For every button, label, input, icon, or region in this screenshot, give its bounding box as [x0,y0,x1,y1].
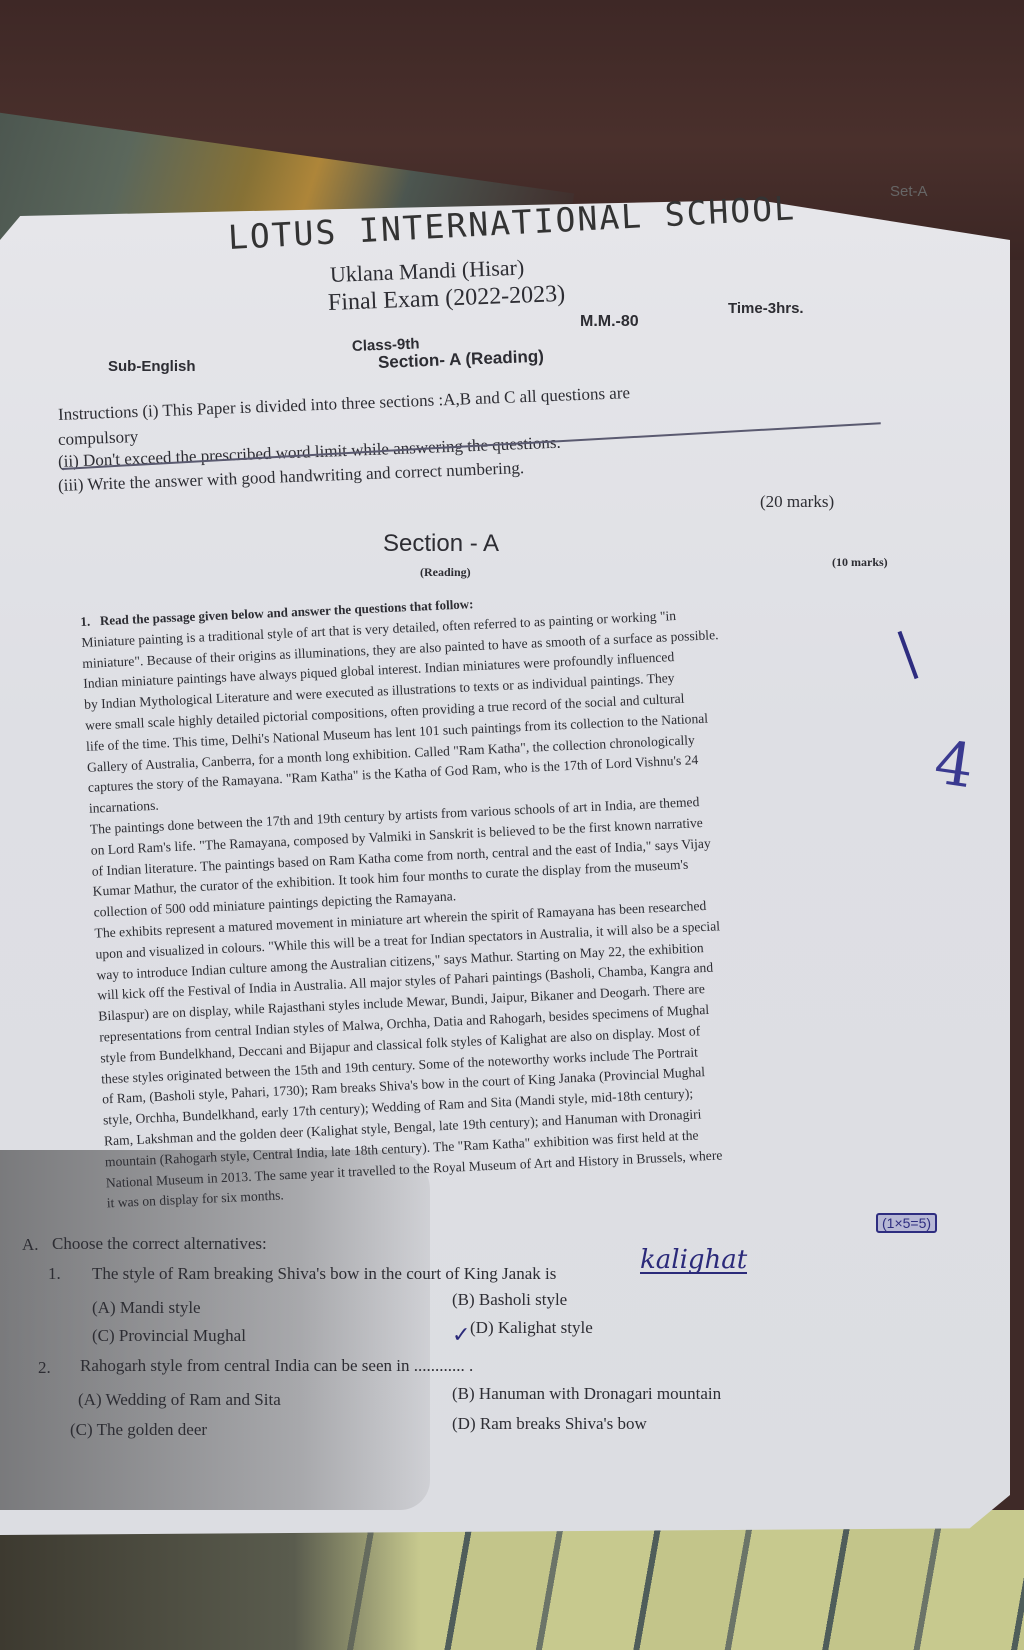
exam-paper-content: Set-A LOTUS INTERNATIONAL SCHOOL Uklana … [0,0,1024,1650]
mcq-1-option-a[interactable]: (A) Mandi style [92,1298,201,1318]
mcq-2-option-c[interactable]: (C) The golden deer [70,1420,207,1440]
mcq-2-option-a[interactable]: (A) Wedding of Ram and Sita [78,1390,281,1410]
mcq-1-handwritten-answer: kalighat [640,1248,747,1274]
mcq-1-number: 1. [48,1264,61,1284]
mcq-1-option-b[interactable]: (B) Basholi style [452,1290,567,1310]
set-label: Set-A [890,183,928,200]
teacher-mark-annotation: 4 [930,728,978,803]
section-a-title: Section - A [383,530,499,558]
mcq-2-option-b[interactable]: (B) Hanuman with Dronagari mountain [452,1384,721,1404]
reading-passage: 1. Read the passage given below and answ… [80,576,907,1215]
pen-bracket-mark [898,631,919,679]
question-number: 1. [80,614,90,629]
instruction-line-2: compulsory [58,427,139,450]
mcq-1-option-c[interactable]: (C) Provincial Mughal [92,1326,246,1346]
part-a-heading: Choose the correct alternatives: [52,1234,267,1254]
mcq-2-option-d[interactable]: (D) Ram breaks Shiva's bow [452,1414,647,1434]
section-a-subtitle: (Reading) [420,565,471,580]
school-name: LOTUS INTERNATIONAL SCHOOL [227,188,797,257]
instruction-line-1: Instructions (i) This Paper is divided i… [58,383,631,425]
check-mark-icon: ✓ [452,1323,470,1348]
section-a-marks: (20 marks) [760,492,834,512]
mcq-1-question: The style of Ram breaking Shiva's bow in… [92,1264,556,1284]
marks-badge: (1×5=5) [876,1213,937,1233]
exam-time: Time-3hrs. [728,300,804,317]
mcq-2-number: 2. [38,1358,51,1378]
mcq-2-question: Rahogarh style from central India can be… [80,1356,473,1376]
section-a-sub-marks: (10 marks) [832,555,888,570]
mcq-1-option-d[interactable]: (D) Kalighat style [470,1318,593,1338]
subject-label: Sub-English [108,358,196,375]
max-marks: M.M.-80 [580,313,639,331]
part-a-label: A. [22,1235,39,1255]
